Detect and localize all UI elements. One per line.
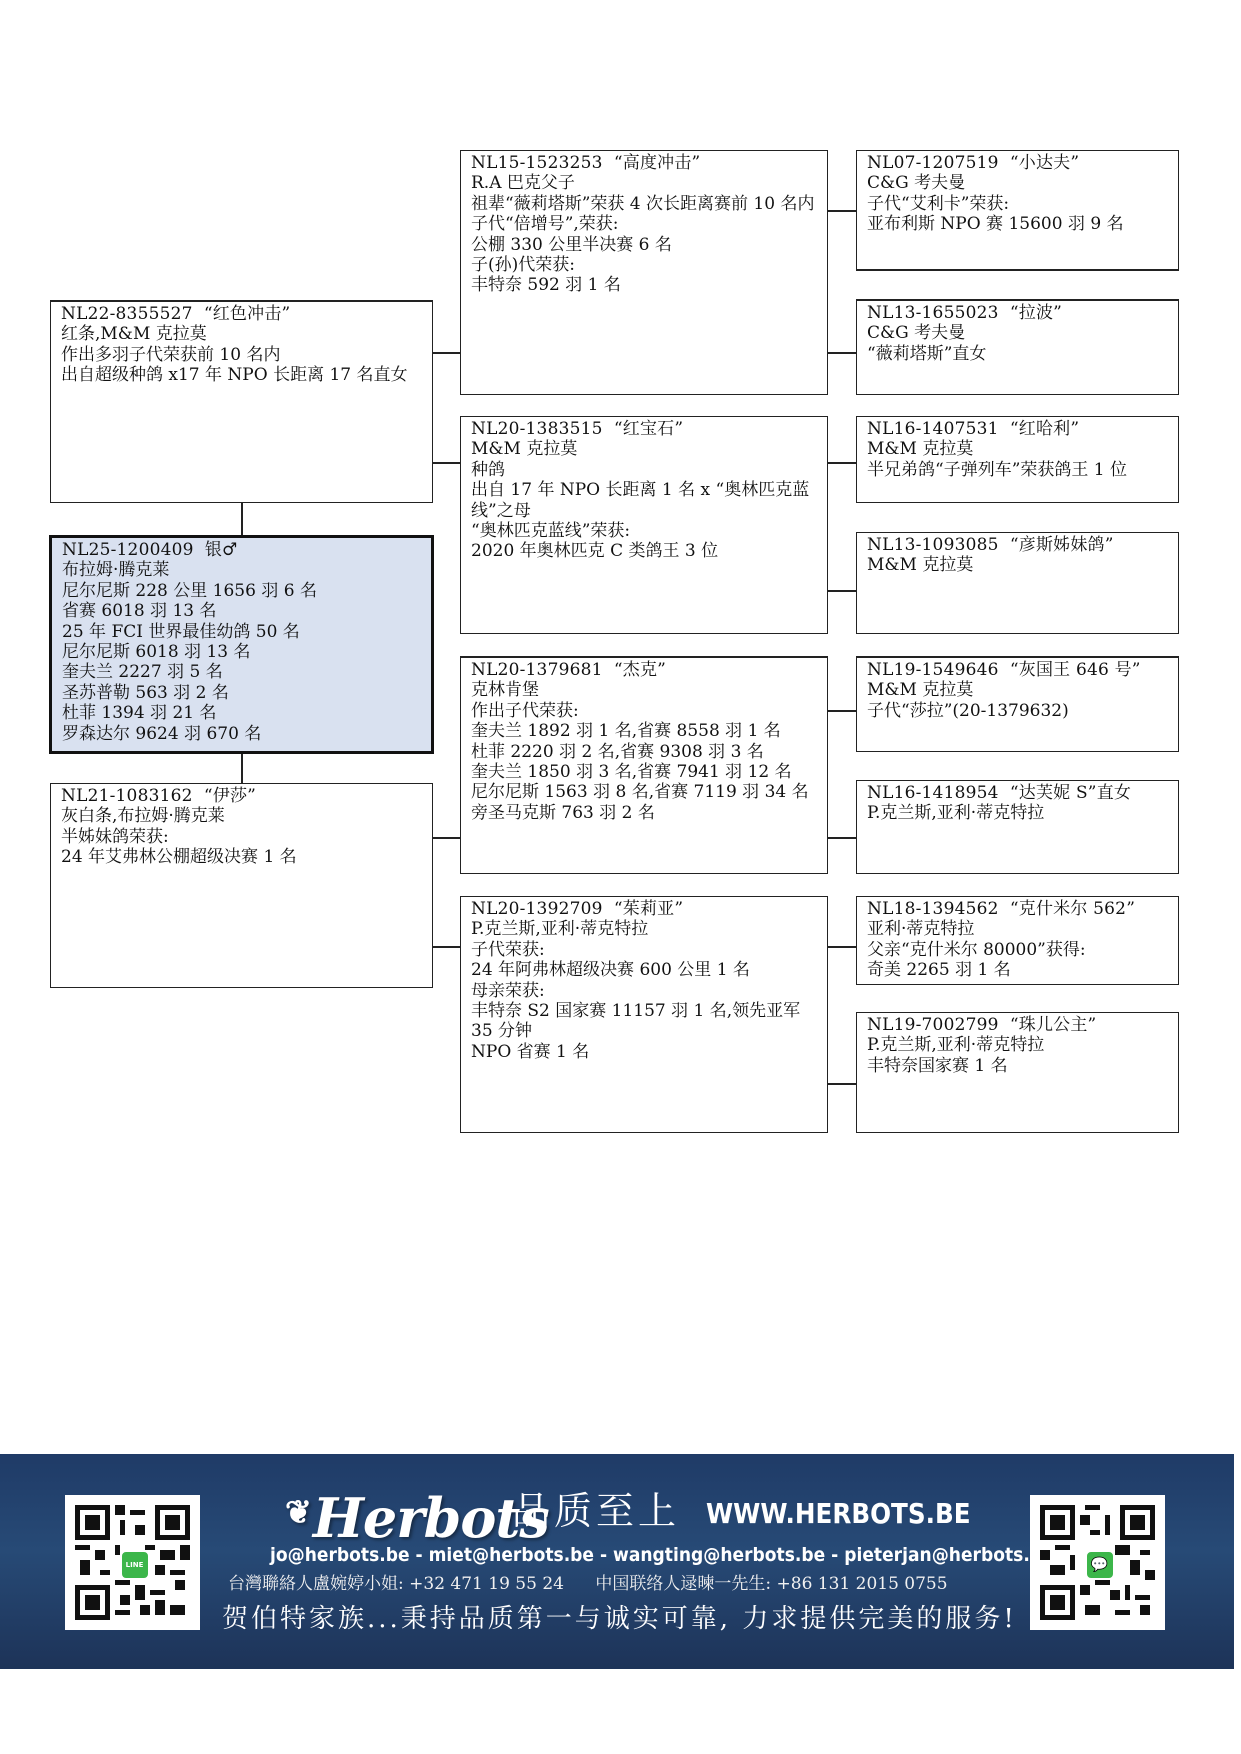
ring-number-title: NL16-1407531 “红哈利” — [867, 419, 1168, 439]
connector-subject-dam — [241, 753, 243, 783]
info-line: 亚布利斯 NPO 赛 15600 羽 9 名 — [867, 214, 1168, 234]
pedigree-box-sire-dam: NL20-1383515 “红宝石” M&M 克拉莫 种鸽 出自 17 年 NP… — [460, 416, 828, 634]
ring-number-title: NL21-1083162 “伊莎” — [61, 786, 422, 806]
ring-number-title: NL19-1549646 “灰国王 646 号” — [867, 660, 1168, 680]
ring-number-title: NL15-1523253 “高度冲击” — [471, 153, 817, 173]
info-line: 尼尔尼斯 228 公里 1656 羽 6 名 — [62, 581, 421, 601]
contact-china: 中国联络人逯暕一先生: +86 131 2015 0755 — [595, 1574, 947, 1594]
pedigree-box-dam-sire: NL20-1379681 “杰克” 克林肯堡 作出子代荣获: 奎夫兰 1892 … — [460, 656, 828, 874]
info-line: NPO 省赛 1 名 — [471, 1042, 817, 1062]
info-line: 尼尔尼斯 1563 羽 8 名,省赛 7119 羽 34 名 — [471, 782, 817, 802]
pedigree-box-ds-sire: NL19-1549646 “灰国王 646 号” M&M 克拉莫 子代“莎拉”(… — [856, 656, 1179, 752]
info-line: 子代“艾利卡”荣获: — [867, 194, 1168, 214]
info-line: “奥林匹克蓝线”荣获: — [471, 521, 817, 541]
pedigree-box-sd-dam: NL13-1093085 “彦斯姊妹鸽” M&M 克拉莫 — [856, 532, 1179, 634]
slogan: 品质至上 — [512, 1486, 680, 1536]
info-line: 旁圣马克斯 763 羽 2 名 — [471, 803, 817, 823]
info-line: 出自超级种鸽 x17 年 NPO 长距离 17 名直女 — [61, 365, 422, 385]
connector-ds-to-dss — [827, 710, 857, 712]
pedigree-box-subject: NL25-1200409 银♂ 布拉姆·腾克莱 尼尔尼斯 228 公里 1656… — [49, 535, 434, 754]
connector-sire-to-ss — [432, 352, 460, 354]
pedigree-box-dam-dam: NL20-1392709 “茱莉亚” P.克兰斯,亚利·蒂克特拉 子代荣获: 2… — [460, 896, 828, 1133]
connector-ss-to-sss — [827, 210, 857, 212]
connector-dd-to-ddd — [827, 1083, 857, 1085]
info-line: 省赛 6018 羽 13 名 — [62, 601, 421, 621]
info-line: P.克兰斯,亚利·蒂克特拉 — [867, 1035, 1168, 1055]
qr-code-wechat[interactable]: 💬 — [1030, 1495, 1165, 1630]
info-line: 公棚 330 公里半决赛 6 名 — [471, 235, 817, 255]
ring-number-title: NL19-7002799 “珠儿公主” — [867, 1015, 1168, 1035]
info-line: 作出多羽子代荣获前 10 名内 — [61, 345, 422, 365]
ring-number-title: NL13-1655023 “拉波” — [867, 303, 1168, 323]
info-line: C&G 考夫曼 — [867, 173, 1168, 193]
info-line: 作出子代荣获: — [471, 701, 817, 721]
ring-number-title: NL20-1383515 “红宝石” — [471, 419, 817, 439]
info-line: 奎夫兰 1850 羽 3 名,省赛 7941 羽 12 名 — [471, 762, 817, 782]
info-line: M&M 克拉莫 — [471, 439, 817, 459]
ring-number-title: NL20-1379681 “杰克” — [471, 660, 817, 680]
info-line: 父亲“克什米尔 80000”获得: — [867, 940, 1168, 960]
info-line: 祖辈“薇莉塔斯”荣获 4 次长距离赛前 10 名内 — [471, 194, 817, 214]
info-line: 杜菲 1394 羽 21 名 — [62, 703, 421, 723]
info-line: 圣苏普勒 563 羽 2 名 — [62, 683, 421, 703]
info-line: 灰白条,布拉姆·腾克莱 — [61, 806, 422, 826]
ring-number-title: NL20-1392709 “茱莉亚” — [471, 899, 817, 919]
footer-banner: LINE ❦Herbots 品质至上 WWW.HERBOTS.BE jo@her… — [0, 1454, 1234, 1669]
pedigree-box-dam: NL21-1083162 “伊莎” 灰白条,布拉姆·腾克莱 半姊妹鸽荣获: 24… — [50, 783, 433, 988]
info-line: “薇莉塔斯”直女 — [867, 344, 1168, 364]
pedigree-box-ss-dam: NL13-1655023 “拉波” C&G 考夫曼 “薇莉塔斯”直女 — [856, 299, 1179, 395]
pedigree-box-sire-sire: NL15-1523253 “高度冲击” R.A 巴克父子 祖辈“薇莉塔斯”荣获 … — [460, 150, 828, 395]
motto: 贺伯特家族...秉持品质第一与诚实可靠, 力求提供完美的服务! — [222, 1601, 1022, 1637]
ring-number-title: NL07-1207519 “小达夫” — [867, 153, 1168, 173]
info-line: 丰特奈 S2 国家赛 11157 羽 1 名,领先亚军 35 分钟 — [471, 1001, 817, 1042]
connector-sire-to-sd — [432, 462, 460, 464]
pedigree-box-ss-sire: NL07-1207519 “小达夫” C&G 考夫曼 子代“艾利卡”荣获: 亚布… — [856, 150, 1179, 271]
connector-ds-to-dsd — [827, 837, 857, 839]
ring-number-title: NL25-1200409 银♂ — [62, 540, 421, 560]
herbots-logo: ❦Herbots — [285, 1482, 549, 1548]
ring-number-title: NL16-1418954 “达芙妮 S”直女 — [867, 783, 1168, 803]
connector-dd-to-dds — [827, 946, 857, 948]
info-line: P.克兰斯,亚利·蒂克特拉 — [471, 919, 817, 939]
info-line: 种鸽 — [471, 460, 817, 480]
pedigree-box-sd-sire: NL16-1407531 “红哈利” M&M 克拉莫 半兄弟鸽“子弹列车”荣获鸽… — [856, 416, 1179, 503]
info-line: 克林肯堡 — [471, 680, 817, 700]
info-line: 布拉姆·腾克莱 — [62, 560, 421, 580]
info-line: 罗森达尔 9624 羽 670 名 — [62, 724, 421, 744]
info-line: 24 年艾弗林公棚超级决赛 1 名 — [61, 847, 422, 867]
info-line: 丰特奈 592 羽 1 名 — [471, 275, 817, 295]
info-line: 丰特奈国家赛 1 名 — [867, 1056, 1168, 1076]
email-links[interactable]: jo@herbots.be - miet@herbots.be - wangti… — [270, 1543, 891, 1567]
contact-taiwan: 台灣聯絡人盧婉婷小姐: +32 471 19 55 24 — [228, 1574, 564, 1594]
contact-phones: 台灣聯絡人盧婉婷小姐: +32 471 19 55 24 中国联络人逯暕一先生:… — [228, 1572, 1008, 1596]
qr-code-line[interactable]: LINE — [65, 1495, 200, 1630]
info-line: 子代荣获: — [471, 940, 817, 960]
info-line: 奇美 2265 羽 1 名 — [867, 960, 1168, 980]
info-line: C&G 考夫曼 — [867, 323, 1168, 343]
connector-dam-to-dd — [432, 946, 460, 948]
pedigree-box-dd-dam: NL19-7002799 “珠儿公主” P.克兰斯,亚利·蒂克特拉 丰特奈国家赛… — [856, 1012, 1179, 1133]
ring-number-title: NL22-8355527 “红色冲击” — [61, 304, 422, 324]
info-line: 杜菲 2220 羽 2 名,省赛 9308 羽 3 名 — [471, 742, 817, 762]
info-line: M&M 克拉莫 — [867, 555, 1168, 575]
info-line: 半姊妹鸽荣获: — [61, 827, 422, 847]
info-line: 亚利·蒂克特拉 — [867, 919, 1168, 939]
pedigree-box-sire: NL22-8355527 “红色冲击” 红条,M&M 克拉莫 作出多羽子代荣获前… — [50, 300, 433, 503]
info-line: 子代“莎拉”(20-1379632) — [867, 701, 1168, 721]
info-line: 子代“倍增号”,荣获: — [471, 214, 817, 234]
info-line: 出自 17 年 NPO 长距离 1 名 x “奥林匹克蓝线”之母 — [471, 480, 817, 521]
pedigree-box-ds-dam: NL16-1418954 “达芙妮 S”直女 P.克兰斯,亚利·蒂克特拉 — [856, 780, 1179, 874]
wechat-app-icon: 💬 — [1085, 1550, 1115, 1580]
info-line: 奎夫兰 1892 羽 1 名,省赛 8558 羽 1 名 — [471, 721, 817, 741]
pedigree-box-dd-sire: NL18-1394562 “克什米尔 562” 亚利·蒂克特拉 父亲“克什米尔 … — [856, 896, 1179, 985]
connector-ss-to-ssd — [827, 352, 857, 354]
info-line: 25 年 FCI 世界最佳幼鸽 50 名 — [62, 622, 421, 642]
info-line: 奎夫兰 2227 羽 5 名 — [62, 662, 421, 682]
info-line: M&M 克拉莫 — [867, 439, 1168, 459]
info-line: 母亲荣获: — [471, 981, 817, 1001]
info-line: 尼尔尼斯 6018 羽 13 名 — [62, 642, 421, 662]
info-line: 红条,M&M 克拉莫 — [61, 324, 422, 344]
info-line: 半兄弟鸽“子弹列车”荣获鸽王 1 位 — [867, 460, 1168, 480]
ring-number-title: NL18-1394562 “克什米尔 562” — [867, 899, 1168, 919]
info-line: M&M 克拉莫 — [867, 680, 1168, 700]
connector-sd-to-sdd — [827, 590, 857, 592]
info-line: 24 年阿弗林超级决赛 600 公里 1 名 — [471, 960, 817, 980]
ring-number-title: NL13-1093085 “彦斯姊妹鸽” — [867, 535, 1168, 555]
info-line: 2020 年奥林匹克 C 类鸽王 3 位 — [471, 541, 817, 561]
website-link[interactable]: WWW.HERBOTS.BE — [706, 1494, 971, 1534]
connector-sd-to-sds — [827, 462, 857, 464]
line-app-icon: LINE — [120, 1550, 150, 1580]
feather-icon: ❦ — [285, 1493, 311, 1531]
info-line: 子(孙)代荣获: — [471, 255, 817, 275]
connector-dam-to-ds — [432, 837, 460, 839]
info-line: P.克兰斯,亚利·蒂克特拉 — [867, 803, 1168, 823]
connector-sire-subject — [241, 503, 243, 536]
info-line: R.A 巴克父子 — [471, 173, 817, 193]
